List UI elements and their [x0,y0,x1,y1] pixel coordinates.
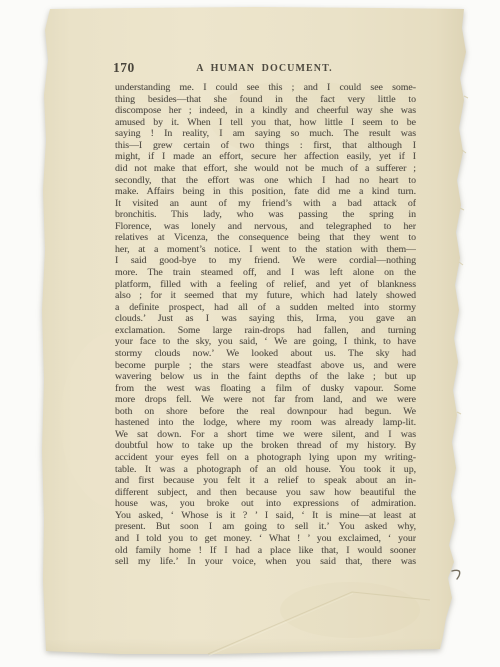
body-text: understanding me. I could see this ; and… [115,82,416,574]
edge-tear-mark [452,570,460,579]
page-number: 170 [113,60,135,76]
page-header: 170 A HUMAN DOCUMENT. [113,60,416,76]
paper-stain [280,582,420,638]
bottom-edge-shading [46,638,440,654]
scanned-book-page: 170 A HUMAN DOCUMENT. understanding me. … [0,0,500,667]
running-title: A HUMAN DOCUMENT. [196,63,332,74]
